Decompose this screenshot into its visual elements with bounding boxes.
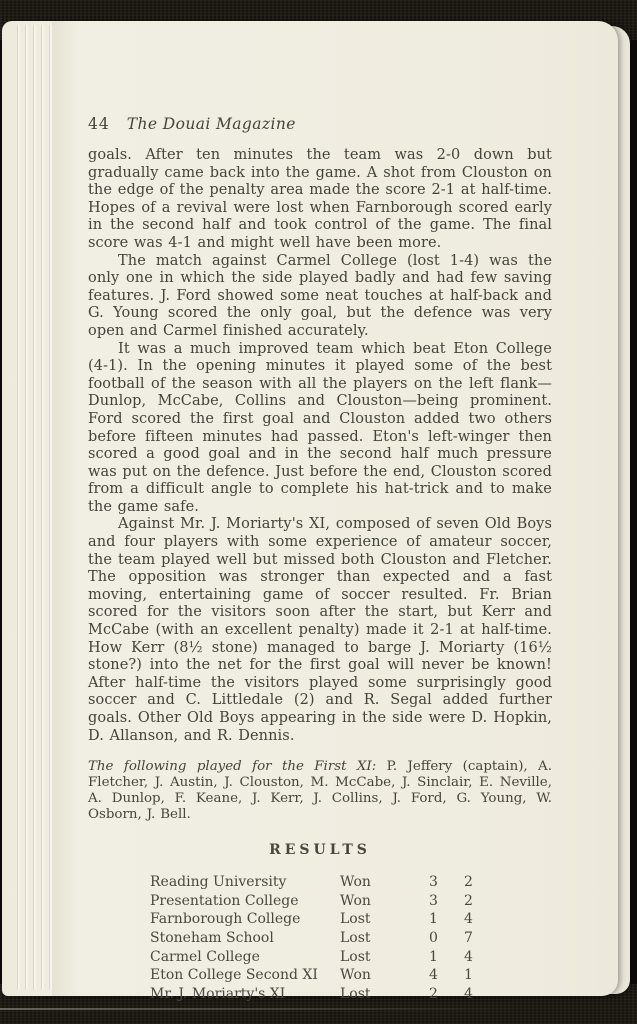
- team-cell: Eton College Second XI: [150, 968, 340, 982]
- score-against-cell: 2: [451, 894, 486, 908]
- stacked-page-edges: [12, 25, 56, 990]
- score-against-cell: 4: [451, 950, 486, 964]
- score-against-cell: 7: [451, 931, 486, 945]
- score-against-cell: 2: [451, 875, 486, 889]
- body-paragraph: Against Mr. J. Moriarty's XI, composed o…: [88, 516, 552, 745]
- score-against-cell: 4: [451, 912, 486, 926]
- cover-stitch-highlight: [0, 1008, 517, 1010]
- result-cell: Won: [340, 894, 416, 908]
- score-for-cell: 0: [416, 931, 451, 945]
- score-against-cell: 4: [451, 987, 486, 1001]
- page: 44 The Douai Magazine goals. After ten m…: [2, 21, 618, 996]
- page-content: 44 The Douai Magazine goals. After ten m…: [88, 115, 552, 1001]
- result-cell: Won: [340, 968, 416, 982]
- team-cell: Reading University: [150, 875, 340, 889]
- result-cell: Lost: [340, 987, 416, 1001]
- score-for-cell: 4: [416, 968, 451, 982]
- score-for-cell: 2: [416, 987, 451, 1001]
- score-for-cell: 3: [416, 875, 451, 889]
- team-cell: Stoneham School: [150, 931, 340, 945]
- score-against-cell: 1: [451, 968, 486, 982]
- score-for-cell: 1: [416, 912, 451, 926]
- page-edge-shadow: [52, 21, 78, 996]
- results-table: Reading University Won 3 2 Presentation …: [150, 875, 486, 1001]
- team-cell: Carmel College: [150, 950, 340, 964]
- result-cell: Won: [340, 875, 416, 889]
- first-xi-note-lead: The following played for the First XI:: [88, 759, 376, 774]
- first-xi-note: The following played for the First XI: P…: [88, 759, 552, 823]
- body-paragraph: goals. After ten minutes the team was 2-…: [88, 147, 552, 253]
- page-number: 44: [88, 115, 110, 133]
- team-cell: Farnborough College: [150, 912, 340, 926]
- body-paragraph: The match against Carmel College (lost 1…: [88, 253, 552, 341]
- body-paragraph: It was a much improved team which beat E…: [88, 341, 552, 517]
- results-heading: RESULTS: [88, 842, 552, 858]
- result-cell: Lost: [340, 931, 416, 945]
- magazine-title: The Douai Magazine: [127, 115, 296, 133]
- score-for-cell: 3: [416, 894, 451, 908]
- page-header: 44 The Douai Magazine: [88, 115, 552, 133]
- team-cell: Presentation College: [150, 894, 340, 908]
- result-cell: Lost: [340, 950, 416, 964]
- score-for-cell: 1: [416, 950, 451, 964]
- book-scan: 44 The Douai Magazine goals. After ten m…: [0, 0, 637, 1024]
- team-cell: Mr. J. Moriarty's XI: [150, 987, 340, 1001]
- result-cell: Lost: [340, 912, 416, 926]
